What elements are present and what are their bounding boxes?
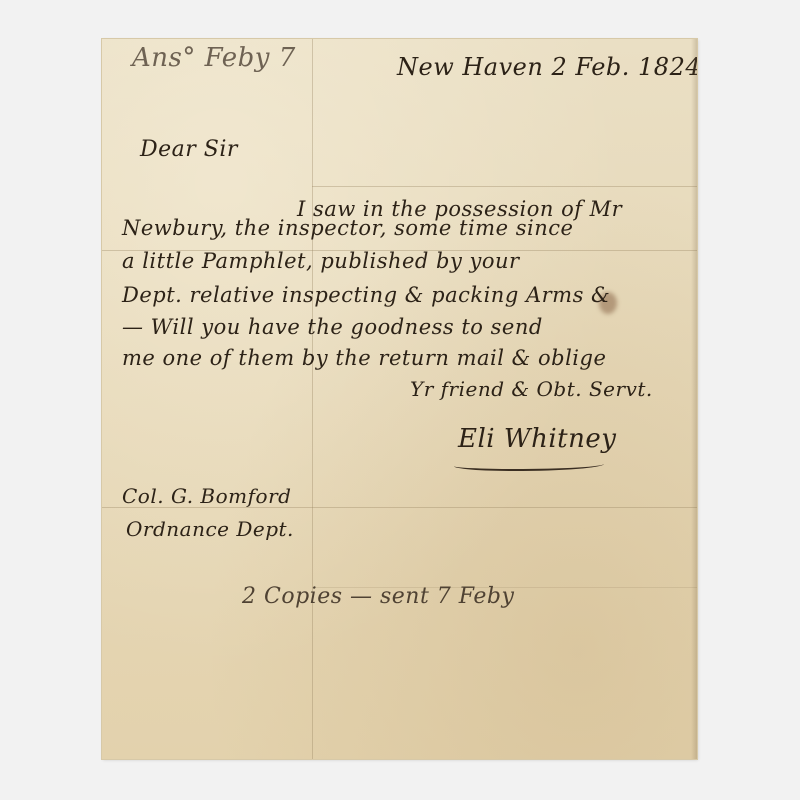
signature: Eli Whitney [458,424,616,454]
annotation-note: 2 Copies — sent 7 Feby [242,584,514,609]
image-frame: Ans° Feby 7 New Haven 2 Feb. 1824 Dear S… [0,0,800,800]
addressee-department: Ordnance Dept. [126,517,294,541]
body-line: — Will you have the goodness to send [122,315,543,339]
body-line: me one of them by the return mail & obli… [122,346,606,370]
letter-paper: Ans° Feby 7 New Haven 2 Feb. 1824 Dear S… [102,39,697,759]
body-line: a little Pamphlet, published by your [122,249,520,273]
salutation: Dear Sir [140,137,238,162]
vertical-fold-line [312,39,313,759]
closing: Yr friend & Obt. Servt. [410,377,653,401]
horizontal-fold-line [312,186,697,187]
body-line: Newbury, the inspector, some time since [122,216,573,240]
dateline: New Haven 2 Feb. 1824 [397,53,697,81]
addressee-name: Col. G. Bomford [122,484,291,508]
signature-flourish [454,459,604,471]
body-line: Dept. relative inspecting & packing Arms… [122,283,610,307]
docket-note: Ans° Feby 7 [132,43,296,73]
